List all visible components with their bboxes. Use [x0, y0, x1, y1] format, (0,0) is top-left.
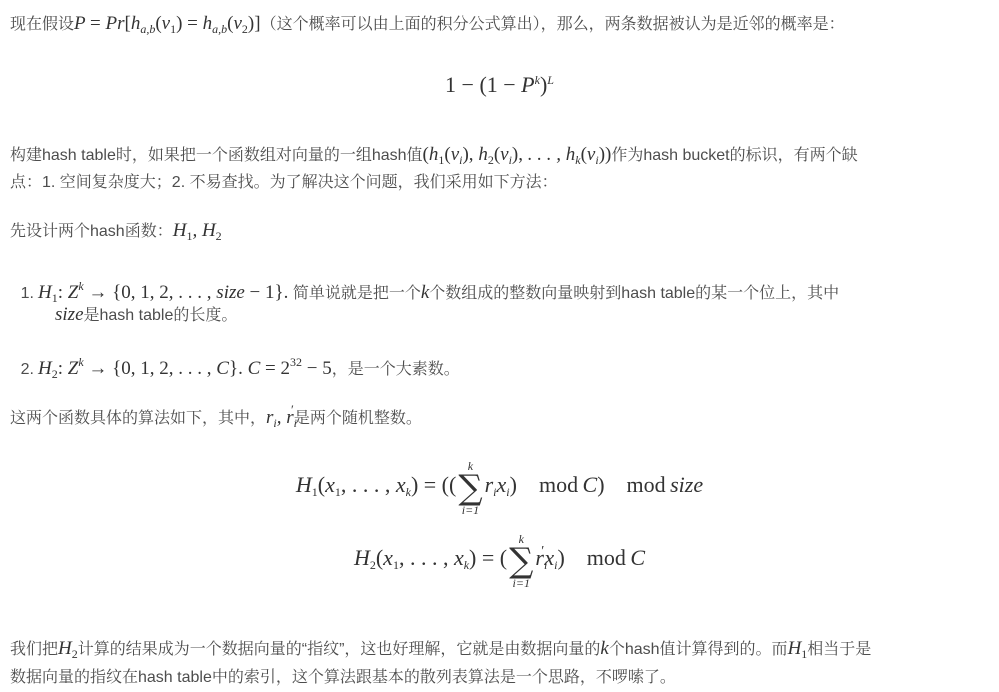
list-item-1-line2: size是hash table的长度。	[55, 301, 237, 330]
text: 先设计两个hash函数：	[10, 223, 173, 240]
summation-symbol: k∑i=1	[509, 533, 533, 589]
math-H2-def: H2: Zk → {0, 1, 2, . . . , C}. C = 232 −…	[38, 358, 332, 379]
math-size: size	[55, 304, 84, 325]
text: 现在假设	[10, 16, 74, 33]
math-H1: H1	[788, 638, 808, 659]
text: 简单说就是把一个	[293, 285, 421, 302]
paragraph-hash-table-line2: 点：1. 空间复杂度大；2. 不易查找。为了解决这个问题，我们采用如下方法：	[10, 169, 558, 197]
math-H2: H2	[58, 638, 78, 659]
list-number: 2.	[10, 356, 34, 384]
text: 个hash值计算得到的。而	[609, 641, 788, 658]
list-item-2: 2.H2: Zk → {0, 1, 2, . . . , C}. C = 232…	[10, 348, 460, 388]
text: 是两个随机整数。	[294, 410, 422, 427]
equation-H1: H1(x1, . . . , xk) = ((k∑i=1rixi)mod C)m…	[0, 460, 999, 516]
text: 计算的结果成为一个数据向量的“指纹”，这也好理解，它就是由数据向量的	[78, 641, 601, 658]
text: ，是一个大素数。	[332, 361, 460, 378]
text: （这个概率可以由上面的积分公式算出），那么，两条数据被认为是近邻的概率是：	[261, 16, 845, 33]
math-probability-def: P = Pr[ha,b(v1) = ha,b(v2)]	[74, 13, 261, 34]
math-H1-H2: H1, H2	[173, 220, 222, 241]
equation-H2: H2(x1, . . . , xk) = (k∑i=1ri′xi)mod C	[0, 533, 999, 589]
paragraph-design-functions: 先设计两个hash函数：H1, H2	[10, 217, 222, 250]
text: 这两个函数具体的算法如下，其中，	[10, 410, 266, 427]
text: 个数组成的整数向量映射到hash table的某一个位上，其中	[429, 285, 839, 302]
math-hash-tuple: (h1(vi), h2(vi), . . . , hk(vi))	[423, 144, 612, 165]
math-k: k	[600, 638, 608, 659]
text: 构建hash table时，如果把一个函数组对向量的一组hash值	[10, 147, 423, 164]
math-H1-def: H1: Zk → {0, 1, 2, . . . , size − 1}.	[38, 282, 288, 303]
list-number: 1.	[10, 280, 34, 308]
equation-neighbor-probability: 1 − (1 − Pk)L	[0, 72, 999, 98]
text: 我们把	[10, 641, 58, 658]
summation-symbol: k∑i=1	[458, 460, 482, 516]
text: 作为hash bucket的标识，有两个缺	[611, 147, 857, 164]
paragraph-algorithm-intro: 这两个函数具体的算法如下，其中，ri, ri′是两个随机整数。	[10, 396, 422, 437]
paragraph-probability: 现在假设P = Pr[ha,b(v1) = ha,b(v2)]（这个概率可以由上…	[10, 10, 845, 43]
paragraph-fingerprint-line2: 数据向量的指纹在hash table中的索引，这个算法跟基本的散列表算法是一个思…	[10, 664, 676, 692]
math-random-ints: ri, ri′	[266, 407, 294, 428]
text: 是hash table的长度。	[84, 307, 238, 324]
text: 相当于是	[807, 641, 871, 658]
